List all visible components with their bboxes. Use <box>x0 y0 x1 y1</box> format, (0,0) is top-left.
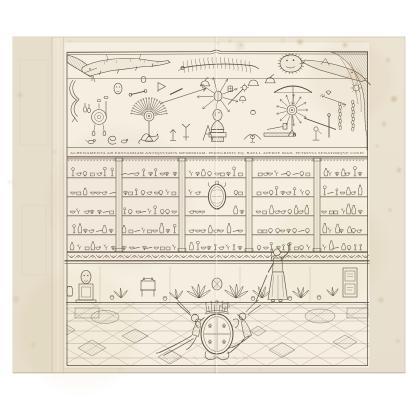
log-club <box>264 133 296 136</box>
center-fold-highlight <box>216 37 218 373</box>
bust-plaque <box>212 137 224 142</box>
photograph-of-engraving: ACHENAMENTA AB EXSTANDAM ANTIQVITATIS ME… <box>0 0 420 420</box>
fold-shadow-lower <box>214 300 216 373</box>
pufferfish <box>280 55 302 72</box>
engraving-plate: ACHENAMENTA AB EXSTANDAM ANTIQVITATIS ME… <box>0 0 420 420</box>
